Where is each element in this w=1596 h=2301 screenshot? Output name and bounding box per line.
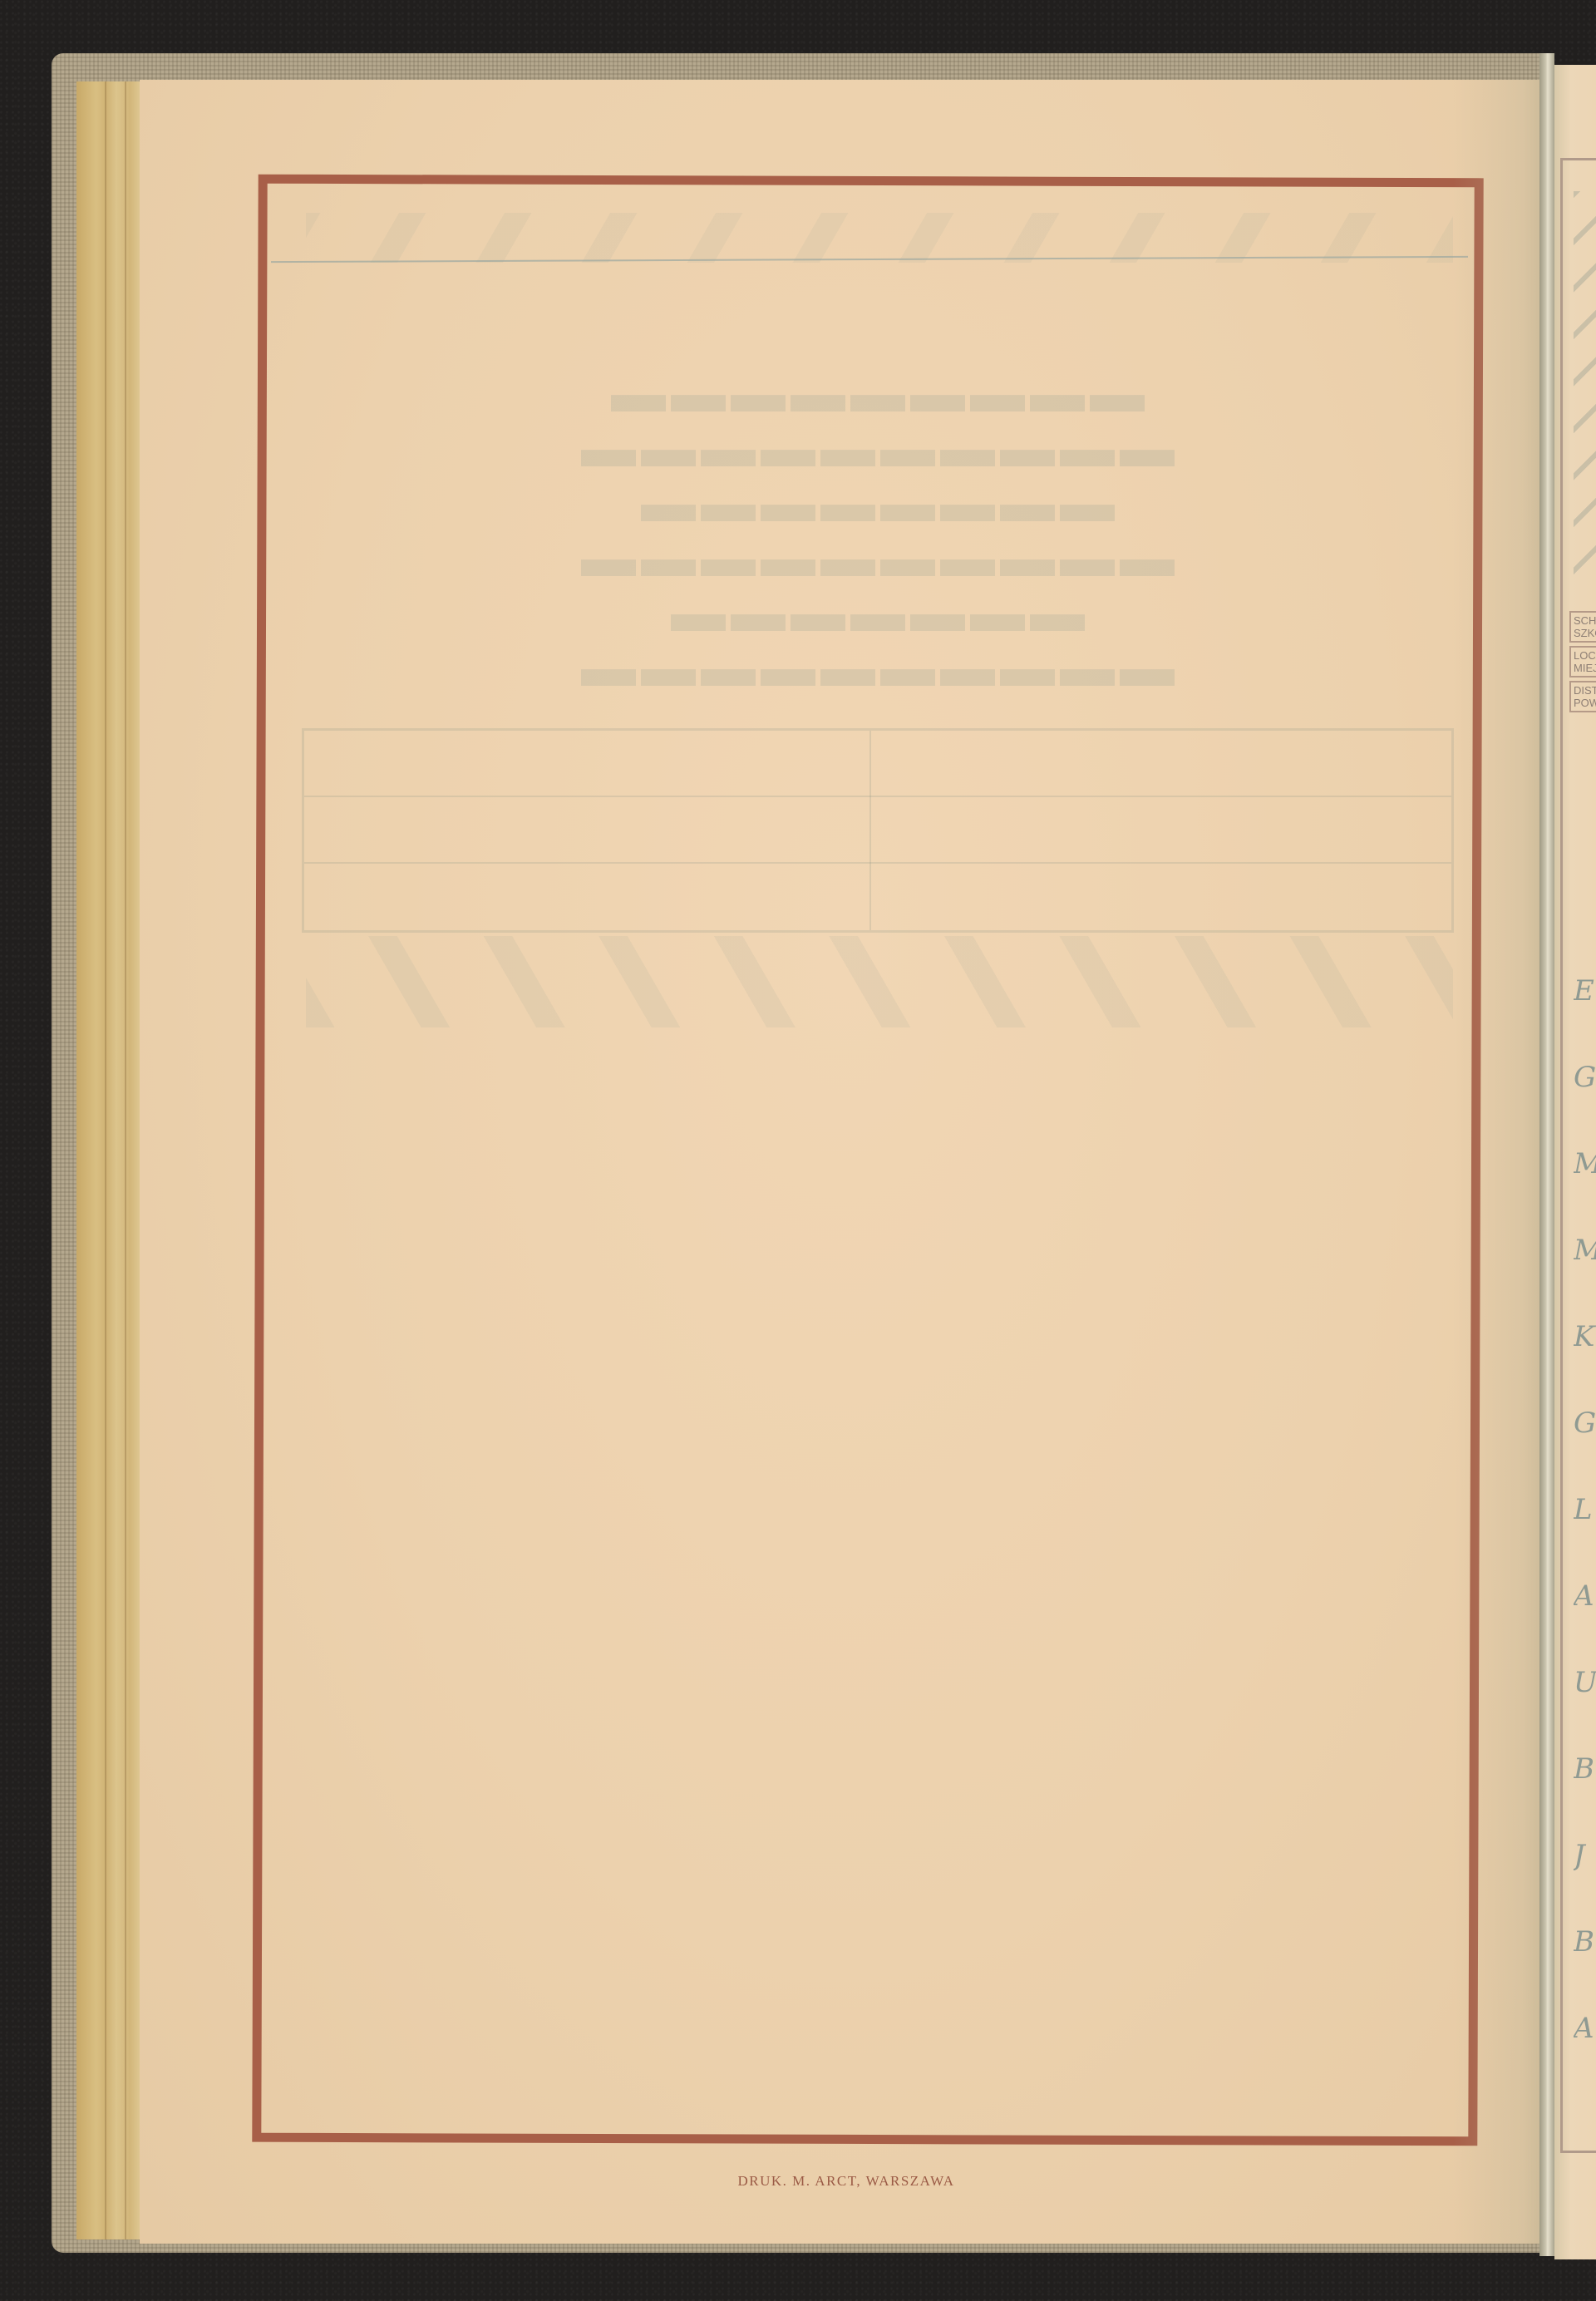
book-gutter bbox=[1539, 53, 1554, 2256]
printed-border-frame bbox=[252, 175, 1483, 2146]
book-page: ▬▬▬▬▬▬▬▬▬ ▬▬▬▬▬▬▬▬▬▬ ▬▬▬▬▬▬▬▬ ▬▬▬▬▬▬▬▬▬▬… bbox=[140, 80, 1553, 2244]
facing-label: LOCA bbox=[1574, 649, 1596, 662]
handwritten-initial: U bbox=[1574, 1639, 1596, 1726]
facing-label-box: DISTI POW bbox=[1569, 681, 1596, 712]
gutter-shadow bbox=[1453, 80, 1553, 2244]
facing-page-handwriting: E G M M K G L A U B J B A bbox=[1574, 948, 1596, 2072]
handwritten-initial: B bbox=[1574, 1726, 1596, 1812]
facing-label: DISTI bbox=[1574, 684, 1596, 697]
facing-label: SZKO bbox=[1574, 627, 1596, 639]
facing-label: MIEJ bbox=[1574, 662, 1596, 674]
page-edges bbox=[76, 81, 143, 2239]
handwritten-initial: L bbox=[1574, 1466, 1596, 1553]
handwritten-initial: E bbox=[1574, 948, 1596, 1034]
facing-label-box: LOCA MIEJ bbox=[1569, 646, 1596, 677]
facing-page-ornament bbox=[1574, 191, 1596, 590]
handwritten-initial: G bbox=[1574, 1034, 1596, 1121]
handwritten-initial: A bbox=[1574, 1553, 1596, 1639]
handwritten-initial: G bbox=[1574, 1380, 1596, 1466]
facing-label-box: SCHO SZKO bbox=[1569, 611, 1596, 643]
handwritten-initial: M bbox=[1574, 1121, 1596, 1207]
handwritten-initial: M bbox=[1574, 1207, 1596, 1293]
facing-page-labels: SCHO SZKO LOCA MIEJ DISTI POW bbox=[1569, 611, 1596, 716]
facing-label: SCHO bbox=[1574, 614, 1596, 627]
handwritten-initial: J bbox=[1574, 1812, 1596, 1899]
printer-imprint: DRUK. M. ARCT, WARSZAWA bbox=[140, 2173, 1553, 2190]
facing-label: POW bbox=[1574, 697, 1596, 709]
handwritten-initial: K bbox=[1574, 1293, 1596, 1380]
handwritten-initial: A bbox=[1574, 1985, 1596, 2072]
handwritten-initial: B bbox=[1574, 1899, 1596, 1985]
